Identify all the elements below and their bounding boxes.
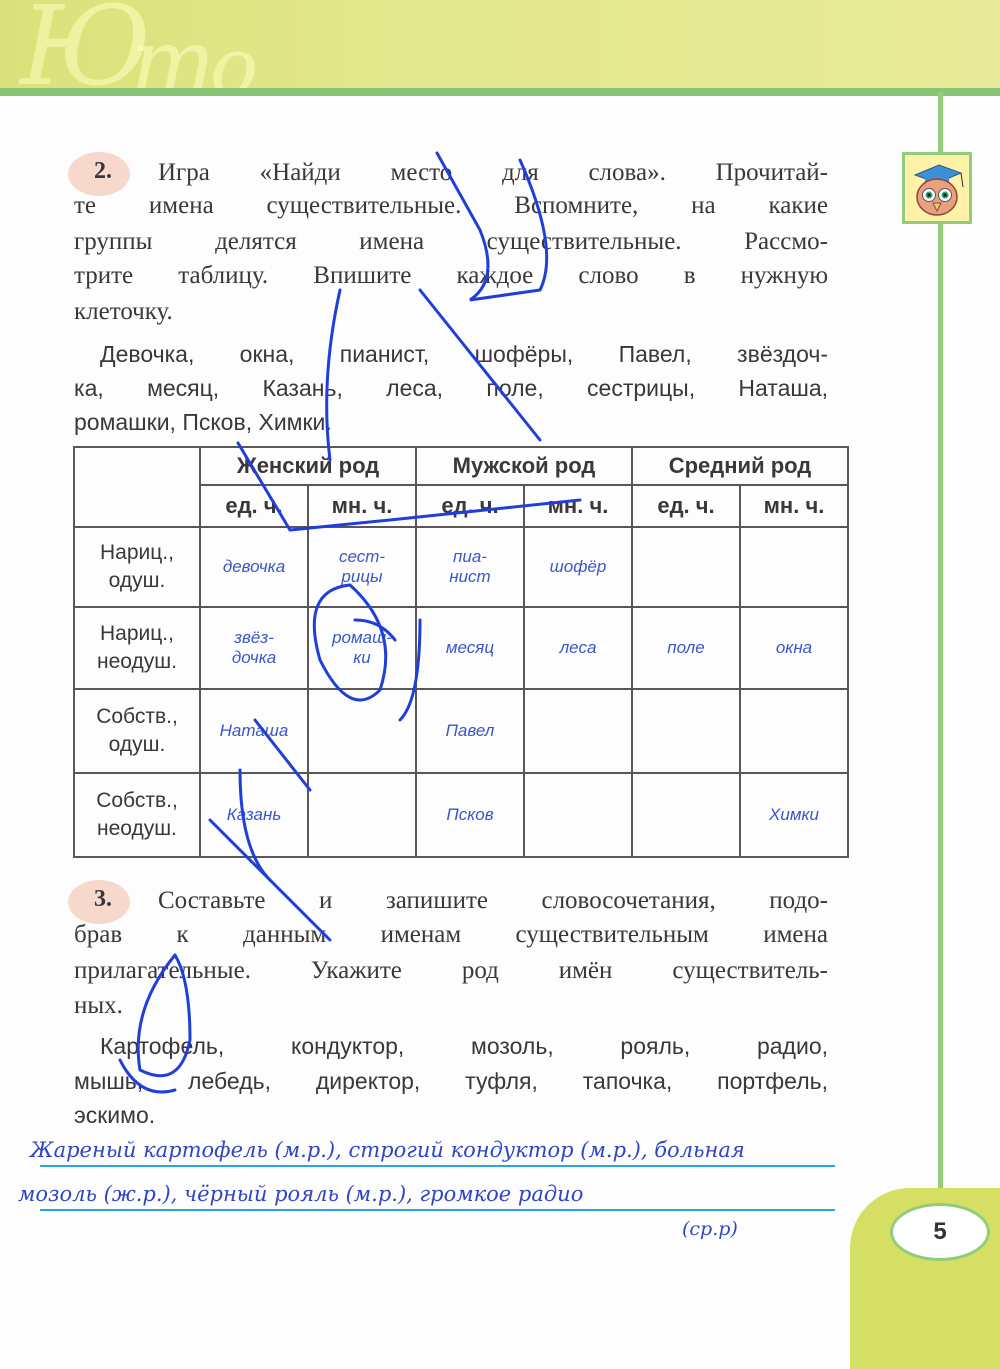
answer-cell[interactable] — [740, 527, 848, 607]
gender-header: Мужской род — [416, 447, 632, 485]
word-list-line: ромашки, Псков, Химки. — [74, 404, 828, 440]
answer-cell[interactable] — [308, 773, 416, 857]
handwritten-answer[interactable]: Жареный картофель (м.р.), строгий кондук… — [30, 1138, 745, 1162]
row-header: Нариц.,неодуш. — [74, 607, 200, 689]
exercise-number: 3. — [94, 886, 112, 913]
instruction-line: Составьте и запишите словосочетания, под… — [158, 883, 828, 919]
answer-cell[interactable] — [632, 527, 740, 607]
answer-cell[interactable]: окна — [740, 607, 848, 689]
owl-icon — [902, 152, 972, 224]
row-header-line: одуш. — [109, 733, 166, 756]
margin-divider — [938, 92, 943, 1202]
answer-cell[interactable]: поле — [632, 607, 740, 689]
row-header-line: неодуш. — [97, 650, 177, 673]
answer-cell[interactable]: звёз- дочка — [200, 607, 308, 689]
word-list-line: Картофель, кондуктор, мозоль, рояль, рад… — [100, 1028, 828, 1064]
answer-cell[interactable] — [308, 689, 416, 773]
noun-classification-table: Женский род Мужской род Средний род ед. … — [73, 446, 849, 858]
instruction-line: группы делятся имена существительные. Ра… — [74, 224, 828, 260]
table-corner — [74, 447, 200, 527]
writing-line — [40, 1209, 835, 1211]
instruction-line: брав к данным именам существительным име… — [74, 917, 828, 953]
decorative-letter: о — [210, 20, 258, 92]
word-list-line: ка, месяц, Казань, леса, поле, сестрицы,… — [74, 370, 828, 406]
instruction-line: ных. — [74, 988, 828, 1024]
header-divider — [0, 88, 1000, 96]
answer-cell[interactable] — [524, 689, 632, 773]
row-header-line: неодуш. — [97, 817, 177, 840]
answer-cell[interactable]: шофёр — [524, 527, 632, 607]
row-header-line: Собств., — [96, 789, 178, 812]
answer-cell[interactable] — [740, 689, 848, 773]
row-header: Собств.,одуш. — [74, 689, 200, 773]
answer-cell[interactable]: Казань — [200, 773, 308, 857]
table-row: Нариц.,одуш. девочка сест- рицы пиа- нис… — [74, 527, 848, 607]
answer-cell[interactable] — [632, 773, 740, 857]
instruction-line: Игра «Найди место для слова». Прочитай- — [158, 155, 828, 191]
row-header-line: одуш. — [109, 569, 166, 592]
handwritten-answer[interactable]: мозоль (ж.р.), чёрный рояль (м.р.), гром… — [18, 1182, 583, 1206]
row-header: Собств.,неодуш. — [74, 773, 200, 857]
table-row: Собств.,одуш. Наташа Павел — [74, 689, 848, 773]
instruction-line: те имена существительные. Вспомните, на … — [74, 188, 828, 224]
answer-cell[interactable]: девочка — [200, 527, 308, 607]
answer-cell[interactable] — [632, 689, 740, 773]
page-number-badge: 5 — [890, 1203, 990, 1261]
table-row: Нариц.,неодуш. звёз- дочка ромаш- ки мес… — [74, 607, 848, 689]
answer-cell[interactable]: леса — [524, 607, 632, 689]
writing-line — [40, 1165, 835, 1167]
row-header: Нариц.,одуш. — [74, 527, 200, 607]
gender-header: Женский род — [200, 447, 416, 485]
decorative-letter: т — [130, 10, 215, 92]
page-number: 5 — [893, 1206, 987, 1258]
number-header: мн. ч. — [740, 485, 848, 527]
number-header: ед. ч. — [200, 485, 308, 527]
number-header: мн. ч. — [524, 485, 632, 527]
handwritten-answer[interactable]: (ср.р) — [682, 1218, 738, 1240]
number-header: ед. ч. — [416, 485, 524, 527]
answer-cell[interactable]: Наташа — [200, 689, 308, 773]
answer-cell[interactable]: месяц — [416, 607, 524, 689]
instruction-line: прилагательные. Укажите род имён существ… — [74, 953, 828, 989]
answer-cell[interactable]: Павел — [416, 689, 524, 773]
answer-cell[interactable]: пиа- нист — [416, 527, 524, 607]
instruction-line: клеточку. — [74, 294, 828, 330]
word-list-line: эскимо. — [74, 1097, 828, 1133]
header-band: Ю т о — [0, 0, 1000, 92]
exercise-number: 2. — [94, 158, 112, 185]
number-header: мн. ч. — [308, 485, 416, 527]
answer-cell[interactable]: Псков — [416, 773, 524, 857]
row-header-line: Нариц., — [100, 541, 174, 564]
instruction-line: трите таблицу. Впишите каждое слово в ну… — [74, 258, 828, 294]
row-header-line: Нариц., — [100, 622, 174, 645]
answer-cell[interactable]: Химки — [740, 773, 848, 857]
word-list-line: Девочка, окна, пианист, шофёры, Павел, з… — [100, 336, 828, 372]
answer-cell[interactable]: сест- рицы — [308, 527, 416, 607]
answer-cell[interactable] — [524, 773, 632, 857]
word-list-line: мышь, лебедь, директор, туфля, тапочка, … — [74, 1063, 828, 1099]
table-row: Собств.,неодуш. Казань Псков Химки — [74, 773, 848, 857]
number-header: ед. ч. — [632, 485, 740, 527]
row-header-line: Собств., — [96, 705, 178, 728]
gender-header: Средний род — [632, 447, 848, 485]
answer-cell[interactable]: ромаш- ки — [308, 607, 416, 689]
